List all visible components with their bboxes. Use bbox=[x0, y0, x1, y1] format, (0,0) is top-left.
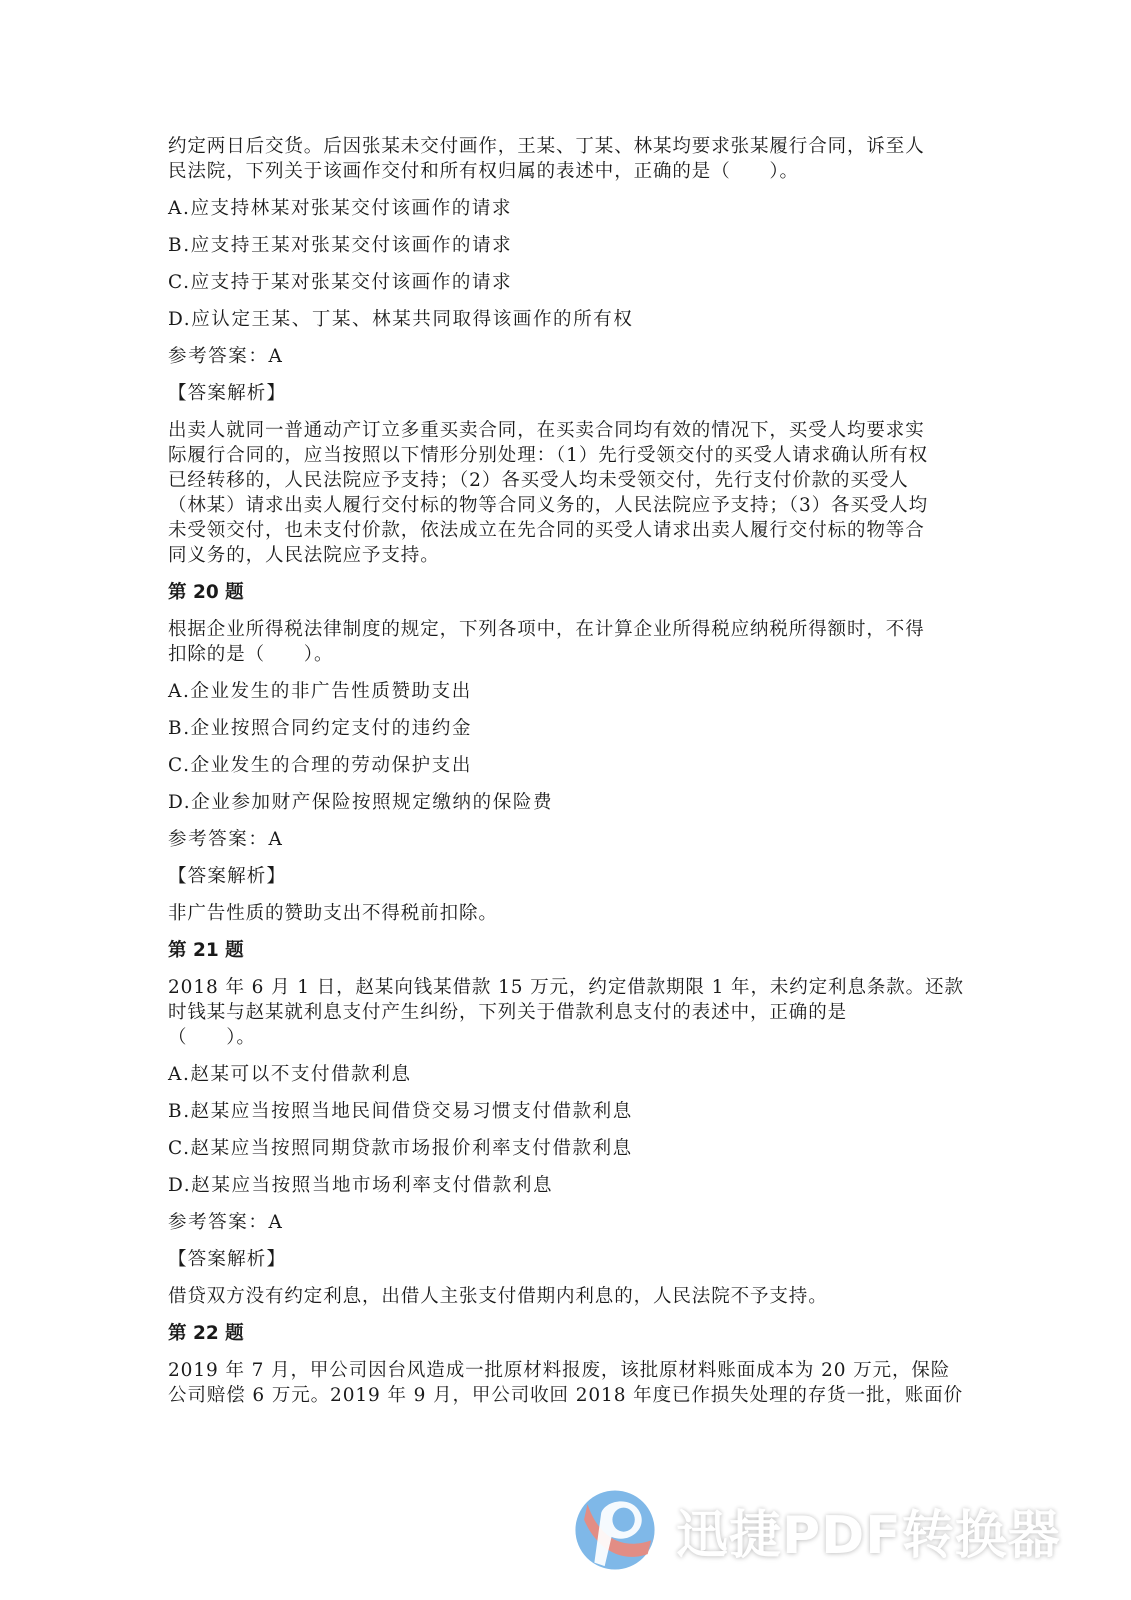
analysis-line: 未受领交付，也未支付价款，依法成立在先合同的买受人请求出卖人履行交付标的物等合 bbox=[168, 518, 932, 543]
analysis-line: 非广告性质的赞助支出不得税前扣除。 bbox=[168, 901, 932, 926]
stem-line: 时钱某与赵某就利息支付产生纠纷，下列关于借款利息支付的表述中，正确的是 bbox=[168, 1000, 932, 1025]
option-c: C.赵某应当按照同期贷款市场报价利率支付借款利息 bbox=[168, 1136, 932, 1161]
option-d: D.应认定王某、丁某、林某共同取得该画作的所有权 bbox=[168, 307, 932, 332]
reference-answer: 参考答案：A bbox=[168, 827, 932, 852]
analysis-label: 【答案解析】 bbox=[168, 1247, 932, 1272]
option-d: D.企业参加财产保险按照规定缴纳的保险费 bbox=[168, 790, 932, 815]
stem-line: 扣除的是（ ）。 bbox=[168, 642, 932, 667]
option-b: B.赵某应当按照当地民间借贷交易习惯支付借款利息 bbox=[168, 1099, 932, 1124]
analysis-label: 【答案解析】 bbox=[168, 864, 932, 889]
question-22: 第 22 题 2019 年 7 月，甲公司因台风造成一批原材料报废，该批原材料账… bbox=[168, 1321, 932, 1408]
pdf-converter-logo-icon bbox=[572, 1487, 658, 1573]
analysis-line: 同义务的，人民法院应予支持。 bbox=[168, 543, 932, 568]
analysis-text: 出卖人就同一普通动产订立多重买卖合同，在买卖合同均有效的情况下，买受人均要求实 … bbox=[168, 418, 932, 568]
question-stem: 2019 年 7 月，甲公司因台风造成一批原材料报废，该批原材料账面成本为 20… bbox=[168, 1358, 932, 1408]
analysis-text: 非广告性质的赞助支出不得税前扣除。 bbox=[168, 901, 932, 926]
option-c: C.应支持于某对张某交付该画作的请求 bbox=[168, 270, 932, 295]
option-a: A.赵某可以不支付借款利息 bbox=[168, 1062, 932, 1087]
stem-line: 约定两日后交货。后因张某未交付画作，王某、丁某、林某均要求张某履行合同，诉至人 bbox=[168, 134, 932, 159]
question-20: 第 20 题 根据企业所得税法律制度的规定，下列各项中，在计算企业所得税应纳税所… bbox=[168, 580, 932, 926]
option-b: B.企业按照合同约定支付的违约金 bbox=[168, 716, 932, 741]
analysis-text: 借贷双方没有约定利息，出借人主张支付借期内利息的，人民法院不予支持。 bbox=[168, 1284, 932, 1309]
question-21: 第 21 题 2018 年 6 月 1 日，赵某向钱某借款 15 万元，约定借款… bbox=[168, 938, 932, 1309]
stem-line: 2019 年 7 月，甲公司因台风造成一批原材料报废，该批原材料账面成本为 20… bbox=[168, 1358, 932, 1383]
watermark: 迅捷PDF转换器 bbox=[572, 1480, 1092, 1580]
reference-answer: 参考答案：A bbox=[168, 344, 932, 369]
analysis-line: （林某）请求出卖人履行交付标的物等合同义务的，人民法院应予支持；（3）各买受人均 bbox=[168, 493, 932, 518]
stem-line: 公司赔偿 6 万元。2019 年 9 月，甲公司收回 2018 年度已作损失处理… bbox=[168, 1383, 932, 1408]
question-stem: 2018 年 6 月 1 日，赵某向钱某借款 15 万元，约定借款期限 1 年，… bbox=[168, 975, 932, 1050]
stem-line: （ ）。 bbox=[168, 1025, 932, 1050]
question-title: 第 22 题 bbox=[168, 1321, 932, 1346]
reference-answer: 参考答案：A bbox=[168, 1210, 932, 1235]
stem-line: 民法院，下列关于该画作交付和所有权归属的表述中，正确的是（ ）。 bbox=[168, 159, 932, 184]
question-title: 第 20 题 bbox=[168, 580, 932, 605]
watermark-text: 迅捷PDF转换器 bbox=[676, 1493, 1061, 1568]
stem-line: 根据企业所得税法律制度的规定，下列各项中，在计算企业所得税应纳税所得额时，不得 bbox=[168, 617, 932, 642]
question-19: 约定两日后交货。后因张某未交付画作，王某、丁某、林某均要求张某履行合同，诉至人 … bbox=[168, 134, 932, 568]
option-a: A.应支持林某对张某交付该画作的请求 bbox=[168, 196, 932, 221]
analysis-label: 【答案解析】 bbox=[168, 381, 932, 406]
option-d: D.赵某应当按照当地市场利率支付借款利息 bbox=[168, 1173, 932, 1198]
option-a: A.企业发生的非广告性质赞助支出 bbox=[168, 679, 932, 704]
analysis-line: 借贷双方没有约定利息，出借人主张支付借期内利息的，人民法院不予支持。 bbox=[168, 1284, 932, 1309]
document-page: 约定两日后交货。后因张某未交付画作，王某、丁某、林某均要求张某履行合同，诉至人 … bbox=[168, 134, 932, 1408]
option-c: C.企业发生的合理的劳动保护支出 bbox=[168, 753, 932, 778]
question-stem: 根据企业所得税法律制度的规定，下列各项中，在计算企业所得税应纳税所得额时，不得 … bbox=[168, 617, 932, 667]
analysis-line: 出卖人就同一普通动产订立多重买卖合同，在买卖合同均有效的情况下，买受人均要求实 bbox=[168, 418, 932, 443]
option-b: B.应支持王某对张某交付该画作的请求 bbox=[168, 233, 932, 258]
analysis-line: 已经转移的，人民法院应予支持；（2）各买受人均未受领交付，先行支付价款的买受人 bbox=[168, 468, 932, 493]
question-stem: 约定两日后交货。后因张某未交付画作，王某、丁某、林某均要求张某履行合同，诉至人 … bbox=[168, 134, 932, 184]
question-title: 第 21 题 bbox=[168, 938, 932, 963]
stem-line: 2018 年 6 月 1 日，赵某向钱某借款 15 万元，约定借款期限 1 年，… bbox=[168, 975, 932, 1000]
analysis-line: 际履行合同的，应当按照以下情形分别处理：（1）先行受领交付的买受人请求确认所有权 bbox=[168, 443, 932, 468]
